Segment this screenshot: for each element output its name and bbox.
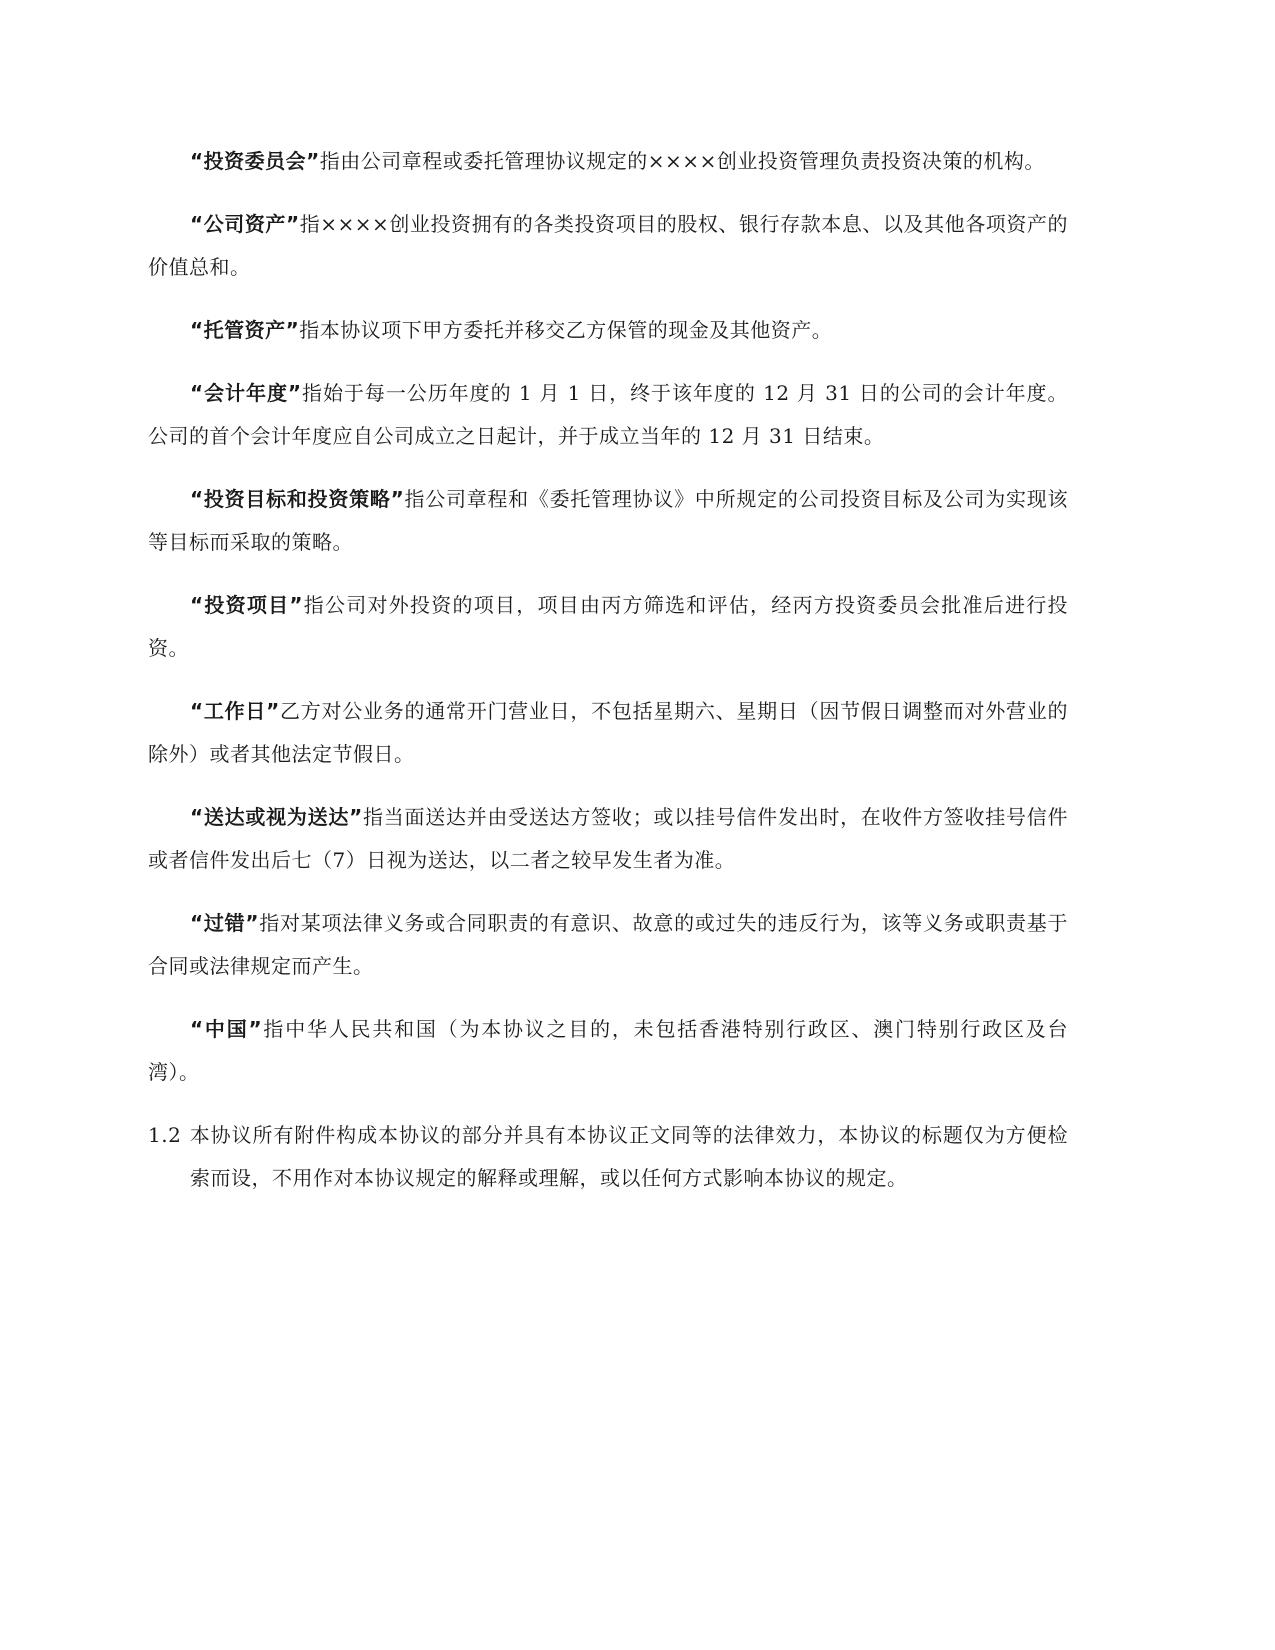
definition-custody-assets: “托管资产”指本协议项下甲方委托并移交乙方保管的现金及其他资产。 <box>148 309 1068 352</box>
definition-text: 乙方对公业务的通常开门营业日，不包括星期六、星期日（因节假日调整而对外营业的除外… <box>148 699 1068 766</box>
definition-investment-project: “投资项目”指公司对外投资的项目，项目由丙方筛选和评估，经丙方投资委员会批准后进… <box>148 584 1068 670</box>
clause-1-2: 1.2本协议所有附件构成本协议的部分并具有本协议正文同等的法律效力，本协议的标题… <box>148 1114 1068 1200</box>
clause-text: 本协议所有附件构成本协议的部分并具有本协议正文同等的法律效力，本协议的标题仅为方… <box>189 1123 1068 1190</box>
definition-term: “投资目标和投资策略” <box>190 487 404 511</box>
definition-term: “会计年度” <box>190 381 302 405</box>
definition-term: “送达或视为送达” <box>190 805 363 829</box>
definition-term: “投资项目” <box>190 593 303 617</box>
definition-investment-committee: “投资委员会”指由公司章程或委托管理协议规定的××××创业投资管理负责投资决策的… <box>148 140 1068 183</box>
document-page: “投资委员会”指由公司章程或委托管理协议规定的××××创业投资管理负责投资决策的… <box>148 140 1068 1200</box>
definition-term: “过错” <box>190 911 259 935</box>
definition-business-day: “工作日”乙方对公业务的通常开门营业日，不包括星期六、星期日（因节假日调整而对外… <box>148 690 1068 776</box>
definition-investment-strategy: “投资目标和投资策略”指公司章程和《委托管理协议》中所规定的公司投资目标及公司为… <box>148 478 1068 564</box>
definition-text: 指中华人民共和国（为本协议之目的，未包括香港特别行政区、澳门特别行政区及台湾）。 <box>148 1017 1068 1084</box>
definition-text: 指本协议项下甲方委托并移交乙方保管的现金及其他资产。 <box>299 318 832 342</box>
definition-company-assets: “公司资产”指××××创业投资拥有的各类投资项目的股权、银行存款本息、以及其他各… <box>148 203 1068 289</box>
definition-term: “中国” <box>190 1017 262 1041</box>
definition-term: “投资委员会” <box>190 149 320 173</box>
definition-term: “公司资产” <box>190 212 300 236</box>
clause-number: 1.2 <box>148 1123 181 1147</box>
definition-china: “中国”指中华人民共和国（为本协议之目的，未包括香港特别行政区、澳门特别行政区及… <box>148 1008 1068 1094</box>
definition-fiscal-year: “会计年度”指始于每一公历年度的 1 月 1 日，终于该年度的 12 月 31 … <box>148 372 1068 458</box>
definition-term: “托管资产” <box>190 318 299 342</box>
definition-term: “工作日” <box>190 699 280 723</box>
definition-fault: “过错”指对某项法律义务或合同职责的有意识、故意的或过失的违反行为，该等义务或职… <box>148 902 1068 988</box>
definition-text: 指对某项法律义务或合同职责的有意识、故意的或过失的违反行为，该等义务或职责基于合… <box>148 911 1068 978</box>
definition-delivery: “送达或视为送达”指当面送达并由受送达方签收；或以挂号信件发出时，在收件方签收挂… <box>148 796 1068 882</box>
definition-text: 指由公司章程或委托管理协议规定的××××创业投资管理负责投资决策的机构。 <box>320 149 1045 173</box>
